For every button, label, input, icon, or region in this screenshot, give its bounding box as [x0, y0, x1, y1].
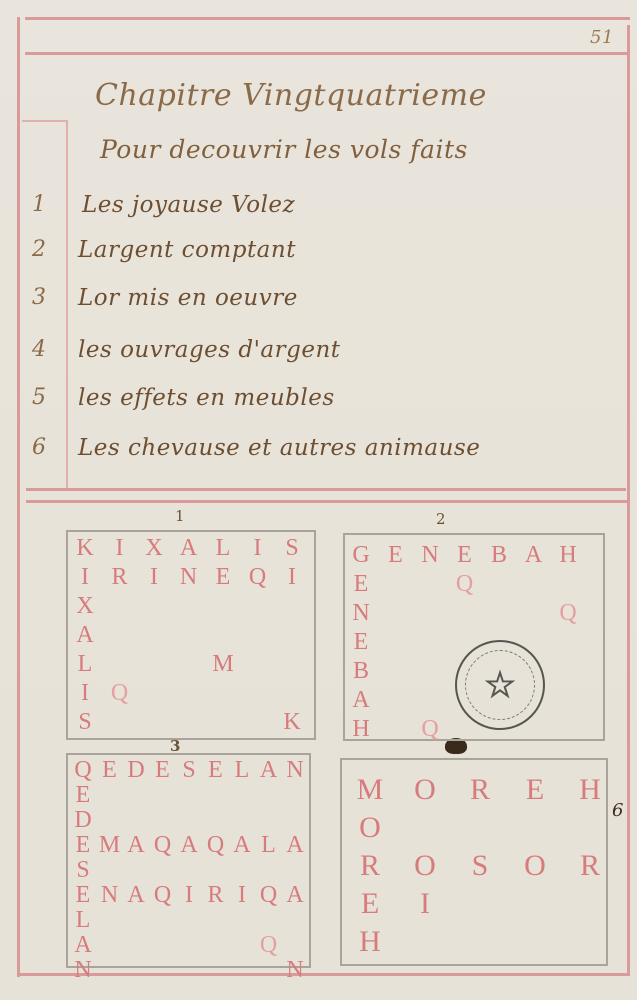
square-letter: E [205, 758, 227, 782]
square-letter: I [74, 565, 96, 589]
square-letter: S [281, 536, 303, 560]
square-letter: A [74, 623, 96, 647]
square-letter: S [465, 851, 495, 881]
square-letter: E [454, 543, 476, 567]
square-letter: Q [454, 572, 476, 596]
square-letter: Q [109, 681, 131, 705]
square-letter: I [281, 565, 303, 589]
square-letter: L [72, 908, 94, 932]
square-letter: Q [258, 933, 280, 957]
square-letter: A [125, 883, 147, 907]
square-letter: N [72, 958, 94, 982]
square-letter: R [355, 851, 385, 881]
item-number: 5 [32, 385, 47, 410]
square-letter: E [350, 572, 372, 596]
square-letter: E [99, 758, 121, 782]
square-letter: M [99, 833, 121, 857]
square-letter: R [575, 851, 605, 881]
square-letter: Q [152, 883, 174, 907]
square-letter: H [557, 543, 579, 567]
square-label: 2 [436, 510, 446, 528]
square-letter: H [350, 717, 372, 741]
list-item: Largent comptant [78, 237, 296, 263]
square-letter: E [152, 758, 174, 782]
square-letter: A [523, 543, 545, 567]
top-rule [25, 17, 630, 20]
item-number: 1 [32, 192, 47, 217]
left-frame-rule [17, 17, 20, 977]
square-letter: Q [152, 833, 174, 857]
square-letter: I [74, 681, 96, 705]
list-item: les effets en meubles [78, 385, 335, 411]
square-letter: B [488, 543, 510, 567]
square-letter: R [465, 775, 495, 805]
square-letter: Q [419, 717, 441, 741]
square-letter: S [74, 710, 96, 734]
margin-column-rule [66, 120, 68, 488]
square-letter: N [178, 565, 200, 589]
header-rule [25, 52, 630, 55]
square-letter: Q [205, 833, 227, 857]
square-letter: A [178, 536, 200, 560]
list-item: Lor mis en oeuvre [78, 285, 298, 311]
library-stamp: ☆ [455, 640, 545, 730]
square-letter: M [212, 652, 234, 676]
square-letter: G [350, 543, 372, 567]
page-number: 51 [590, 27, 614, 48]
square-letter: A [125, 833, 147, 857]
square-letter: R [205, 883, 227, 907]
square-letter: X [143, 536, 165, 560]
list-item: Les joyause Volez [82, 192, 295, 218]
square-letter: I [143, 565, 165, 589]
square-letter: Q [557, 601, 579, 625]
list-item: Les chevause et autres animause [78, 435, 480, 461]
item-number: 2 [32, 237, 47, 262]
square-letter: R [109, 565, 131, 589]
square-letter: I [410, 889, 440, 919]
square-letter: L [212, 536, 234, 560]
square-letter: A [72, 933, 94, 957]
list-item: les ouvrages d'argent [78, 337, 341, 363]
square-side-label: 6 [612, 800, 624, 821]
square-letter: E [350, 630, 372, 654]
square-letter: O [355, 813, 385, 843]
item-number: 6 [32, 435, 47, 460]
square-letter: A [258, 758, 280, 782]
square-letter: I [178, 883, 200, 907]
square-letter: A [350, 688, 372, 712]
square-letter: L [231, 758, 253, 782]
square-letter: A [178, 833, 200, 857]
square-letter: N [350, 601, 372, 625]
square-letter: E [72, 833, 94, 857]
square-label: 1 [175, 507, 185, 525]
square-letter: X [74, 594, 96, 618]
square-letter: A [284, 883, 306, 907]
square-letter: O [410, 775, 440, 805]
star-icon: ☆ [457, 642, 543, 728]
square-letter: N [284, 758, 306, 782]
square-letter: N [419, 543, 441, 567]
square-letter: I [247, 536, 269, 560]
square-letter: I [109, 536, 131, 560]
margin-top-rule [22, 120, 68, 122]
square-letter: Q [247, 565, 269, 589]
square-letter: E [212, 565, 234, 589]
square-letter: E [72, 883, 94, 907]
square-letter: O [410, 851, 440, 881]
square-letter: K [74, 536, 96, 560]
square-letter: B [350, 659, 372, 683]
square-letter: N [99, 883, 121, 907]
square-letter: E [520, 775, 550, 805]
square-letter: H [355, 927, 385, 957]
section-divider-top [26, 488, 626, 491]
section-divider-bottom [26, 500, 630, 503]
square-letter: Q [72, 758, 94, 782]
square-letter: A [284, 833, 306, 857]
square-letter: M [355, 775, 385, 805]
square-letter: D [125, 758, 147, 782]
square-letter: E [355, 889, 385, 919]
magic-square-1 [66, 530, 316, 740]
item-number: 3 [32, 285, 47, 310]
square-letter: N [284, 958, 306, 982]
chapter-title: Chapitre Vingtquatrieme [95, 78, 487, 113]
square-letter: O [520, 851, 550, 881]
bottom-rule [17, 973, 630, 976]
chapter-subtitle: Pour decouvrir les vols faits [100, 135, 468, 164]
square-letter: K [281, 710, 303, 734]
square-letter: E [385, 543, 407, 567]
item-number: 4 [32, 337, 47, 362]
square-letter: H [575, 775, 605, 805]
square-letter: S [178, 758, 200, 782]
square-letter: A [231, 833, 253, 857]
square-letter: E [72, 783, 94, 807]
square-letter: I [231, 883, 253, 907]
square-letter: Q [258, 883, 280, 907]
manuscript-page: 51 Chapitre Vingtquatrieme Pour decouvri… [0, 0, 637, 1000]
square-letter: L [258, 833, 280, 857]
square-letter: S [72, 858, 94, 882]
square-letter: L [74, 652, 96, 676]
square-letter: D [72, 808, 94, 832]
